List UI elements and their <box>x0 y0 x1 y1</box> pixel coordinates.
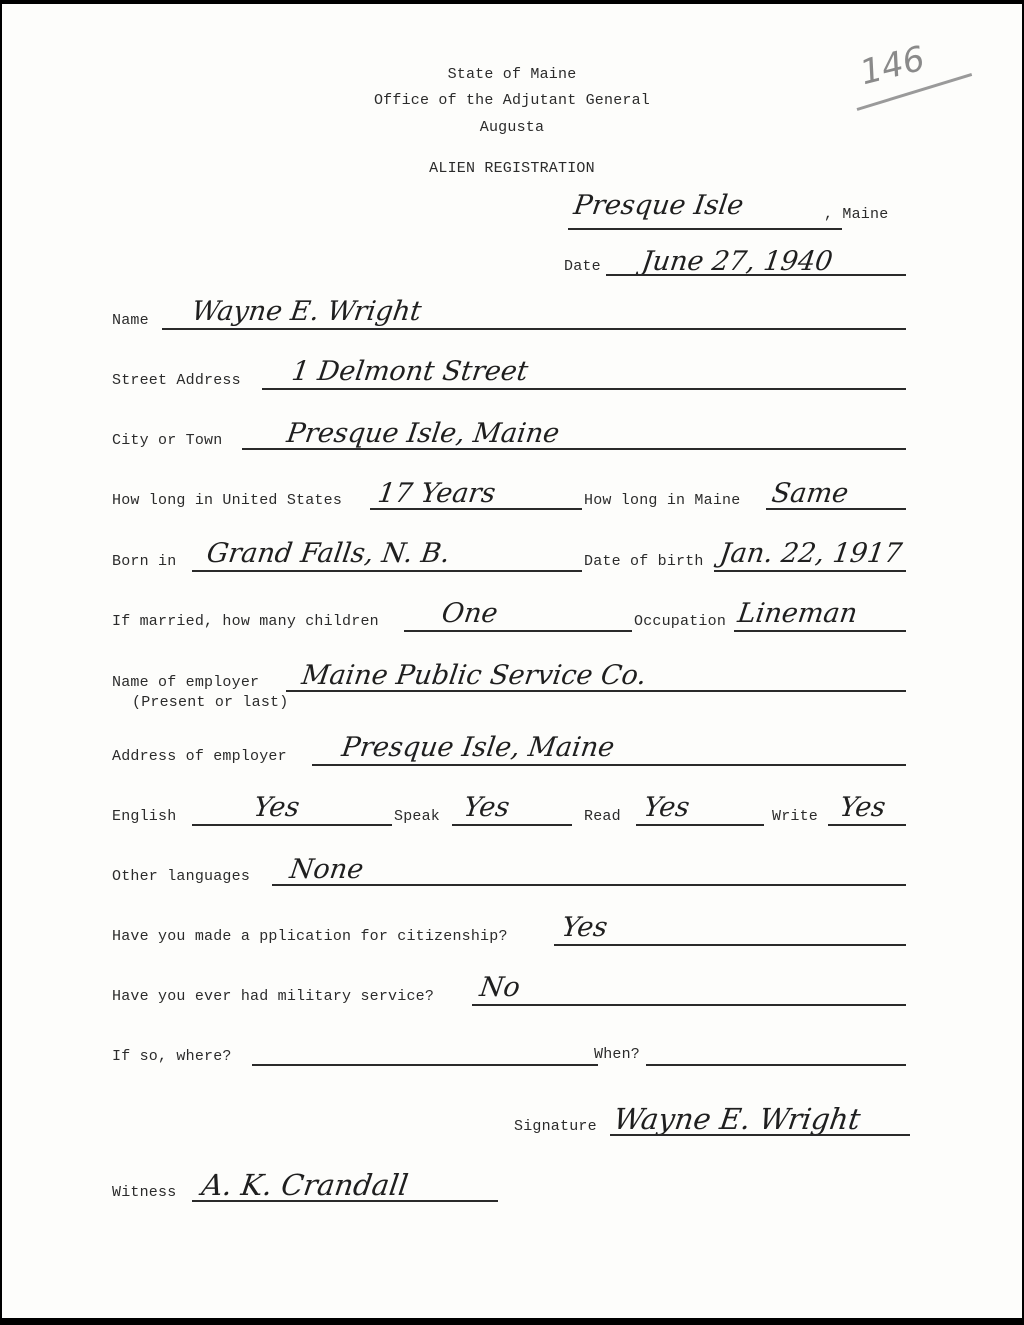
place-value: Presque Isle <box>572 190 746 221</box>
how-long-maine-label: How long in Maine <box>584 492 740 509</box>
employer-address-label: Address of employer <box>112 748 287 765</box>
born-in-value: Grand Falls, N. B. <box>205 538 452 569</box>
signature-value: Wayne E. Wright <box>612 1102 863 1136</box>
write-line <box>828 824 906 826</box>
employer-address-line <box>312 764 906 766</box>
write-label: Write <box>772 808 818 825</box>
street-label: Street Address <box>112 372 241 389</box>
read-line <box>636 824 764 826</box>
name-line <box>162 328 906 330</box>
employer-name-label: Name of employer <box>112 674 259 691</box>
other-languages-line <box>272 884 906 886</box>
speak-value: Yes <box>462 792 512 823</box>
header-city: Augusta <box>2 119 1022 136</box>
document-page: 146 State of Maine Office of the Adjutan… <box>2 4 1022 1318</box>
street-value: 1 Delmont Street <box>290 356 530 387</box>
signature-line <box>610 1134 910 1136</box>
how-long-us-label: How long in United States <box>112 492 342 509</box>
occupation-label: Occupation <box>634 613 726 630</box>
header-office: Office of the Adjutant General <box>2 92 1022 109</box>
where-label: If so, where? <box>112 1048 232 1065</box>
english-label: English <box>112 808 176 825</box>
write-value: Yes <box>838 792 888 823</box>
read-value: Yes <box>642 792 692 823</box>
witness-line <box>192 1200 498 1202</box>
employer-name-value: Maine Public Service Co. <box>300 660 648 691</box>
how-long-maine-line <box>766 508 906 510</box>
how-long-us-line <box>370 508 582 510</box>
city-value: Presque Isle, Maine <box>285 418 562 449</box>
dob-line <box>714 570 906 572</box>
how-long-us-value: 17 Years <box>376 478 498 509</box>
employer-name-line <box>286 690 906 692</box>
military-line <box>472 1004 906 1006</box>
city-line <box>242 448 906 450</box>
date-label: Date <box>564 258 601 275</box>
city-label: City or Town <box>112 432 222 449</box>
dob-value: Jan. 22, 1917 <box>718 538 904 569</box>
occupation-value: Lineman <box>736 598 859 629</box>
citizenship-label: Have you made a pplication for citizensh… <box>112 928 508 945</box>
signature-label: Signature <box>514 1118 597 1135</box>
date-line <box>606 274 906 276</box>
english-line <box>192 824 392 826</box>
english-value: Yes <box>252 792 302 823</box>
speak-label: Speak <box>394 808 440 825</box>
place-suffix: , Maine <box>824 206 888 223</box>
other-languages-value: None <box>288 854 366 885</box>
witness-label: Witness <box>112 1184 176 1201</box>
when-line <box>646 1064 906 1066</box>
place-line <box>568 228 842 230</box>
military-label: Have you ever had military service? <box>112 988 434 1005</box>
employer-address-value: Presque Isle, Maine <box>340 732 617 763</box>
born-in-line <box>192 570 582 572</box>
where-line <box>252 1064 598 1066</box>
dob-label: Date of birth <box>584 553 704 570</box>
employer-name-sublabel: (Present or last) <box>132 694 288 711</box>
name-value: Wayne E. Wright <box>190 296 424 327</box>
born-in-label: Born in <box>112 553 176 570</box>
other-languages-label: Other languages <box>112 868 250 885</box>
citizenship-line <box>554 944 906 946</box>
children-label: If married, how many children <box>112 613 379 630</box>
date-value: June 27, 1940 <box>640 246 835 277</box>
read-label: Read <box>584 808 621 825</box>
citizenship-value: Yes <box>560 912 610 943</box>
witness-value: A. K. Crandall <box>200 1168 411 1202</box>
children-value: One <box>440 598 500 629</box>
military-value: No <box>478 972 522 1003</box>
speak-line <box>452 824 572 826</box>
street-line <box>262 388 906 390</box>
when-label: When? <box>594 1046 640 1063</box>
form-title: ALIEN REGISTRATION <box>2 160 1022 177</box>
header-state: State of Maine <box>2 66 1022 83</box>
occupation-line <box>734 630 906 632</box>
children-line <box>404 630 632 632</box>
name-label: Name <box>112 312 149 329</box>
how-long-maine-value: Same <box>770 478 851 509</box>
